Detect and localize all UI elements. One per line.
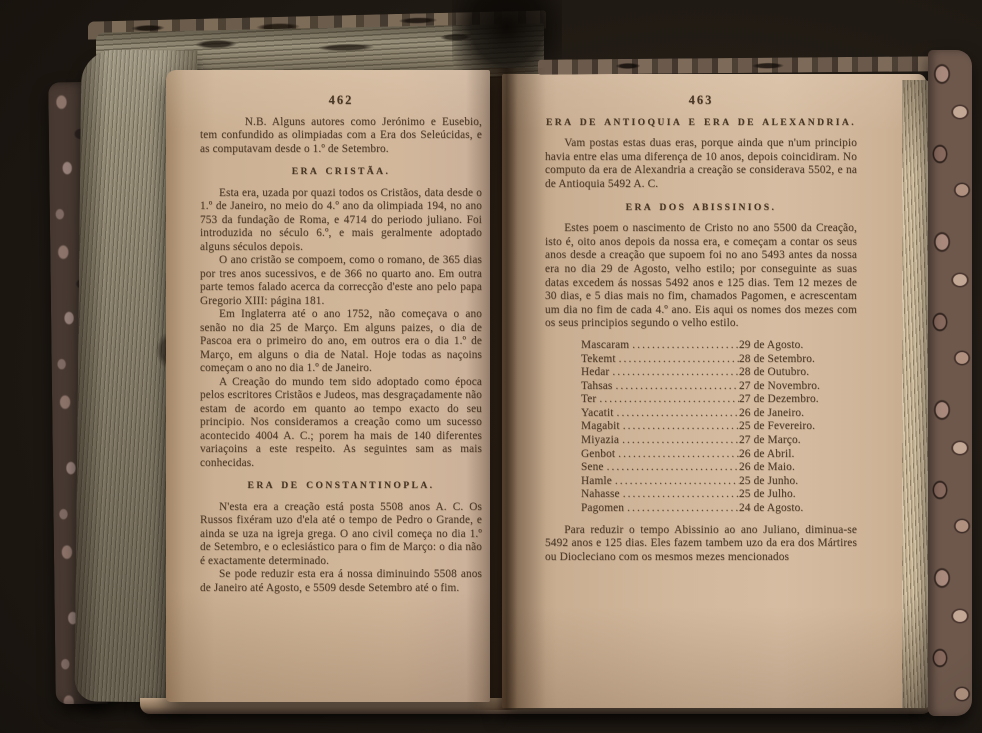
month-row: Hamle...................................… <box>581 475 837 489</box>
month-date: 26 de Maio. <box>739 461 837 475</box>
month-name: Sene <box>581 461 604 475</box>
month-date: 26 de Janeiro. <box>739 407 837 421</box>
month-name: Pagomen <box>581 502 624 516</box>
paragraph: A Creação do mundo tem sido adoptado com… <box>200 376 482 471</box>
paragraph: Para reduzir o tempo Abissinio ao ano Ju… <box>545 524 857 565</box>
month-date: 27 de Dezembro. <box>739 393 837 407</box>
month-row: Tahsas..................................… <box>581 380 837 394</box>
right-cover-top-edge <box>538 56 940 75</box>
month-date: 28 de Outubro. <box>739 366 837 380</box>
left-page-text: 462 N.B. Alguns autores como Jerónimo e … <box>200 94 482 595</box>
month-leader: ...................................... <box>620 420 739 434</box>
right-marbled-cover <box>928 50 972 716</box>
month-date: 27 de Novembro. <box>739 380 837 394</box>
month-name: Genbot <box>581 448 615 462</box>
section-heading-abissinios: ERA DOS ABISSINIOS. <box>545 201 857 215</box>
month-name: Hedar <box>581 366 609 380</box>
month-date: 25 de Junho. <box>739 475 837 489</box>
month-leader: ...................................... <box>619 434 739 448</box>
month-row: Miyazia.................................… <box>581 434 837 448</box>
month-name: Tekemt <box>581 353 616 367</box>
month-date: 26 de Abril. <box>739 448 837 462</box>
month-row: Sene....................................… <box>581 461 837 475</box>
paragraph: Se pode reduzir esta era á nossa diminui… <box>200 568 482 595</box>
month-date: 27 de Março. <box>739 434 837 448</box>
month-row: Tekemt..................................… <box>581 353 837 367</box>
paragraph: Estes poem o nascimento de Cristo no ano… <box>545 222 857 331</box>
section-heading-constantinopla: ERA DE CONSTANTINOPLA. <box>200 479 482 493</box>
month-date: 24 de Agosto. <box>739 502 837 516</box>
month-leader: ...................................... <box>612 380 739 394</box>
section-heading-era-crista: ERA CRISTÃA. <box>200 165 482 179</box>
month-leader: ...................................... <box>596 393 739 407</box>
month-leader: ...................................... <box>615 448 739 462</box>
paragraph: O ano cristão se compoem, como o romano,… <box>200 254 482 308</box>
month-row: Pagomen.................................… <box>581 502 837 516</box>
page-number: 462 <box>200 94 482 108</box>
month-name: Magabit <box>581 420 620 434</box>
paragraph: Vam postas estas duas eras, porque ainda… <box>545 137 857 191</box>
right-fore-edge-pages <box>902 80 930 708</box>
month-leader: ...................................... <box>612 475 739 489</box>
month-name: Hamle <box>581 475 612 489</box>
abyssinian-months-table: Mascaram................................… <box>581 339 837 516</box>
month-row: Hedar...................................… <box>581 366 837 380</box>
month-leader: ...................................... <box>624 502 739 516</box>
paragraph: N'esta era a creação está posta 5508 ano… <box>200 501 482 569</box>
month-name: Tahsas <box>581 380 612 394</box>
month-date: 29 de Agosto. <box>739 339 837 353</box>
month-row: Yacatit.................................… <box>581 407 837 421</box>
photo-background: 462 N.B. Alguns autores como Jerónimo e … <box>0 0 982 733</box>
page-number: 463 <box>545 94 857 108</box>
section-heading-antioquia: ERA DE ANTIOQUIA E ERA DE ALEXANDRIA. <box>545 116 857 130</box>
month-row: Magabit.................................… <box>581 420 837 434</box>
month-date: 28 de Setembro. <box>739 353 837 367</box>
month-name: Yacatit <box>581 407 614 421</box>
month-row: Genbot..................................… <box>581 448 837 462</box>
month-leader: ...................................... <box>620 488 739 502</box>
month-date: 25 de Julho. <box>739 488 837 502</box>
right-page-text: 463 ERA DE ANTIOQUIA E ERA DE ALEXANDRIA… <box>545 94 857 564</box>
paragraph: Esta era, uzada por quazi todos os Crist… <box>200 187 482 255</box>
paragraph-nb: N.B. Alguns autores como Jerónimo e Euse… <box>200 116 482 157</box>
month-leader: ...................................... <box>616 353 739 367</box>
month-date: 25 de Fevereiro. <box>739 420 837 434</box>
month-row: Ter.....................................… <box>581 393 837 407</box>
month-leader: ...................................... <box>614 407 739 421</box>
month-row: Mascaram................................… <box>581 339 837 353</box>
month-name: Nahasse <box>581 488 620 502</box>
month-leader: ...................................... <box>604 461 739 475</box>
paragraph: Em Inglaterra até o ano 1752, não começa… <box>200 308 482 376</box>
month-leader: ...................................... <box>609 366 739 380</box>
month-leader: ...................................... <box>629 339 739 353</box>
month-name: Miyazia <box>581 434 619 448</box>
month-name: Ter <box>581 393 596 407</box>
month-row: Nahasse.................................… <box>581 488 837 502</box>
month-name: Mascaram <box>581 339 629 353</box>
